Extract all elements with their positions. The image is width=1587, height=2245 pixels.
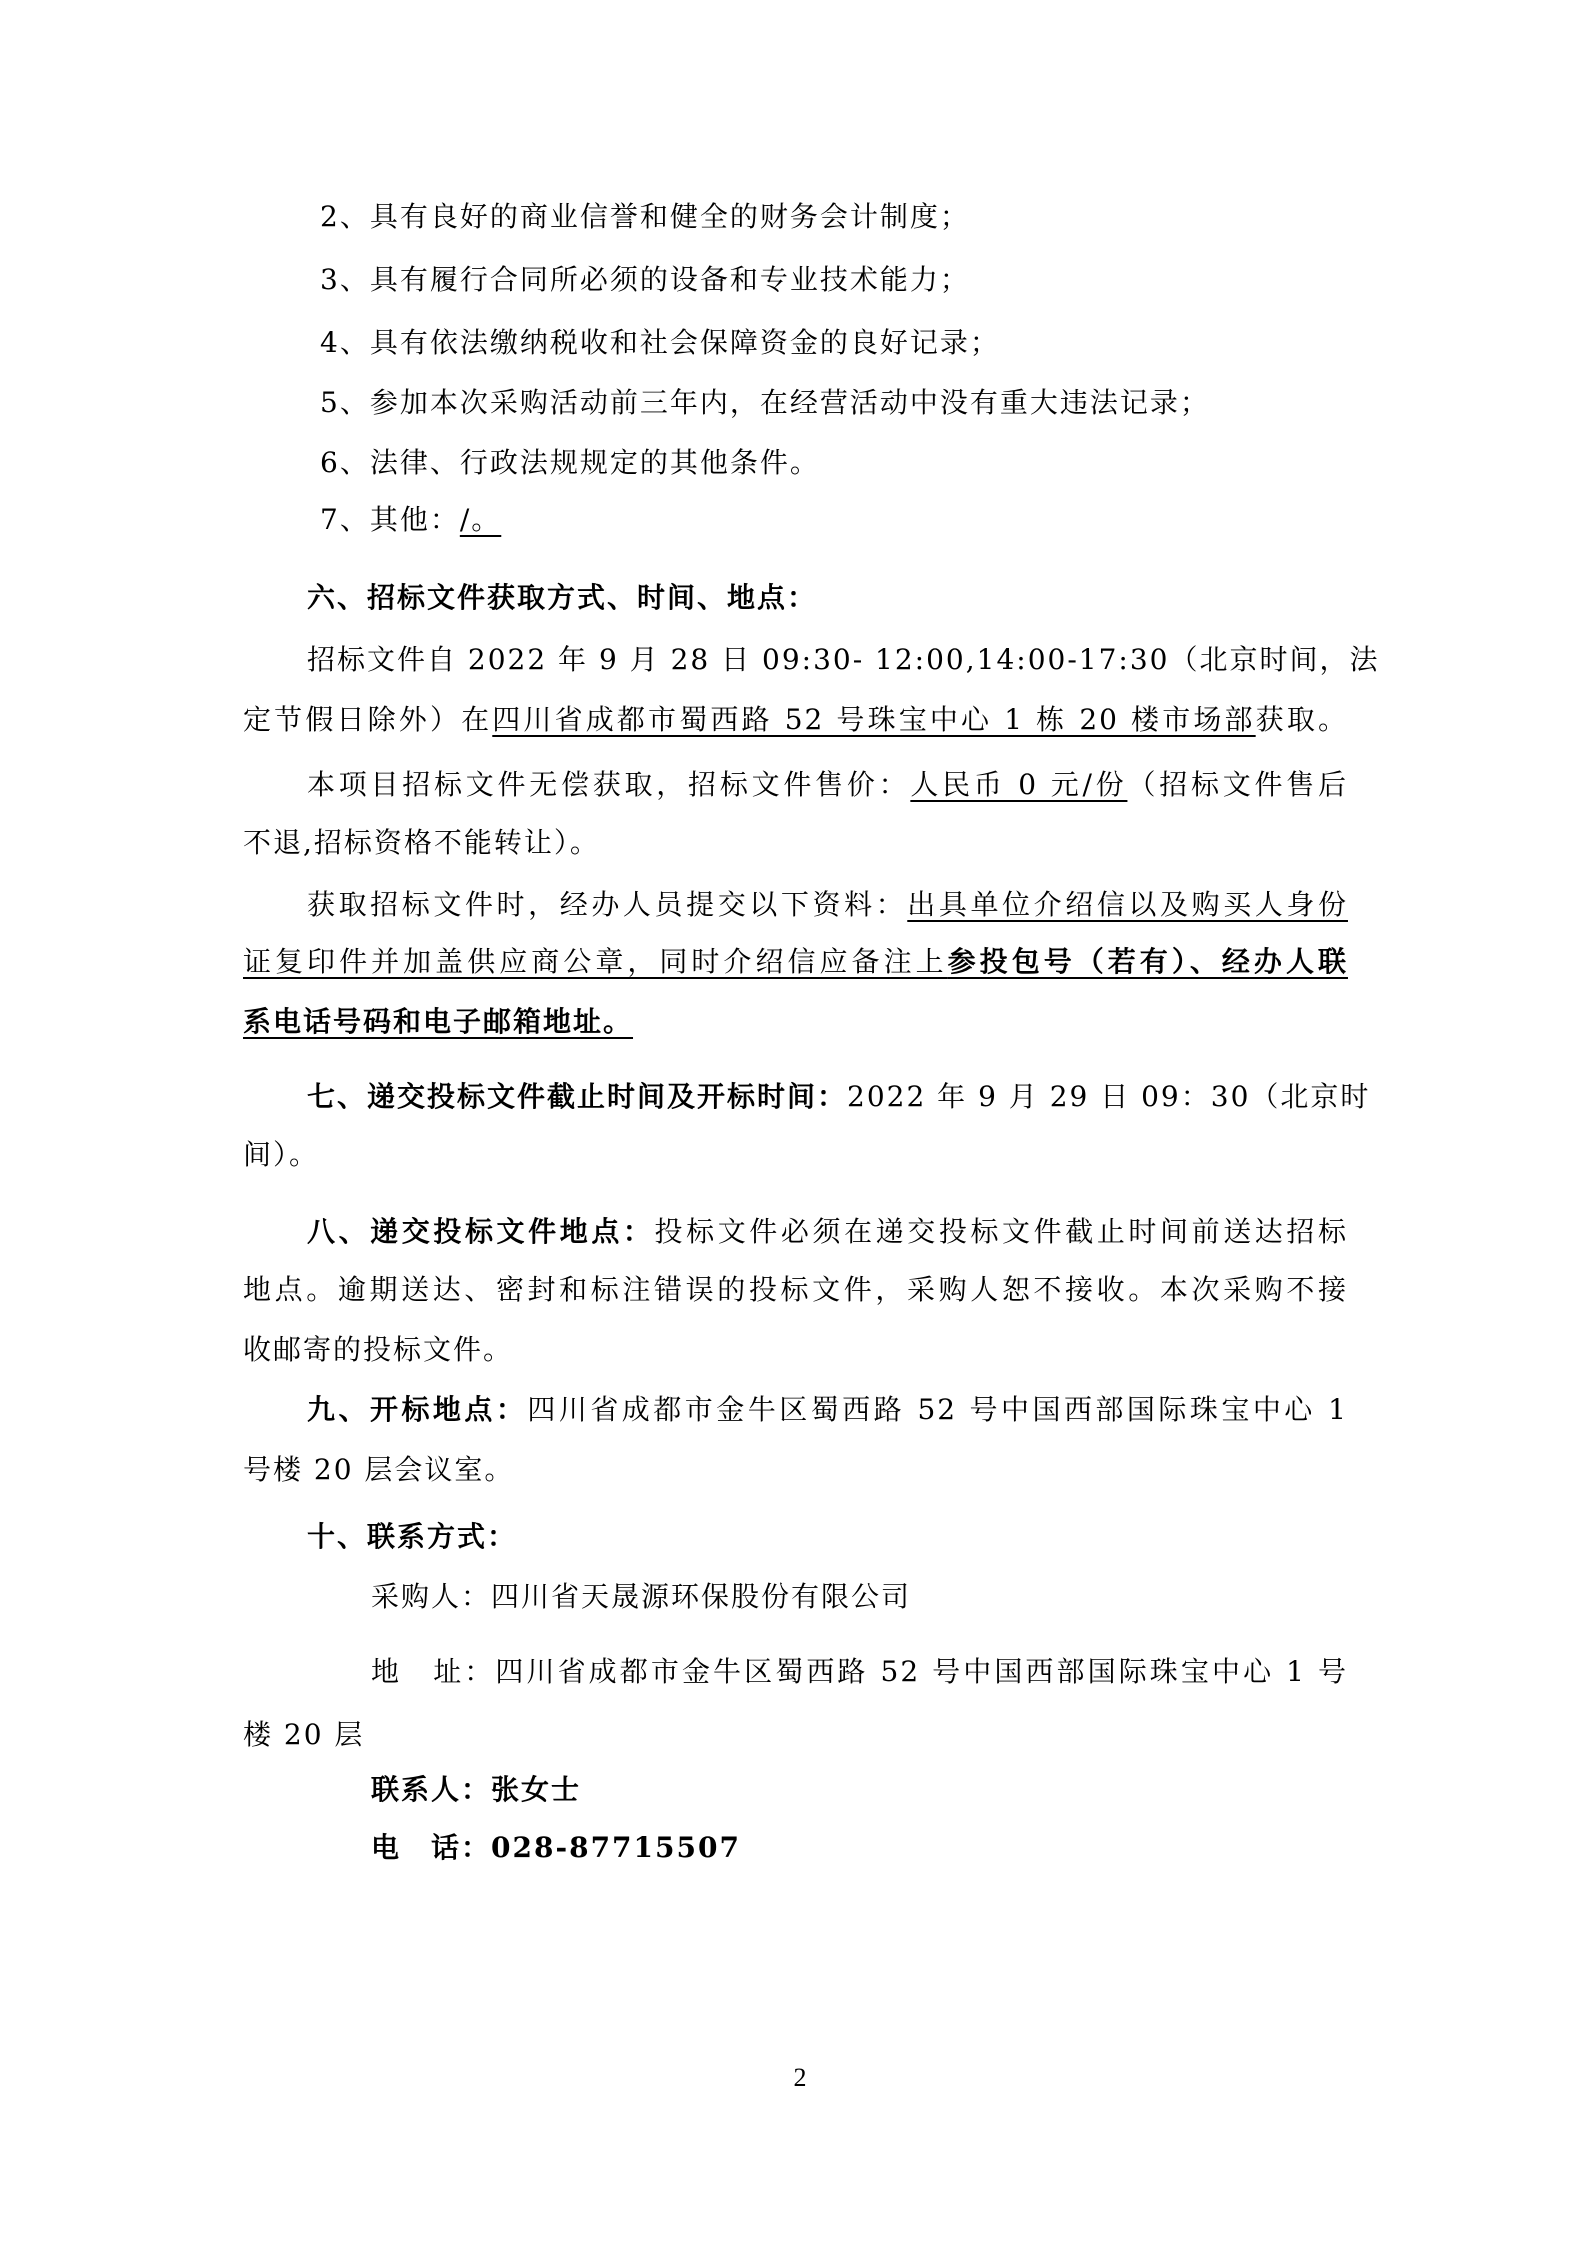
contact-value: 张女士 (491, 1773, 581, 1806)
section-8-line2: 地点。逾期送达、密封和标注错误的投标文件，采购人恕不接收。本次采购不接 (243, 1270, 1348, 1310)
phone-row: 电 话：028-87715507 (243, 1828, 1348, 1868)
qualification-item-7: 7、其他：/。 (243, 500, 1348, 540)
purchaser-label: 采购人： (371, 1580, 491, 1613)
item7-value: /。 (460, 503, 501, 536)
section-6-p1-line1: 招标文件自 2022 年 9 月 28 日 09:30- 12:00,14:00… (243, 640, 1348, 680)
section-9-line2: 号楼 20 层会议室。 (243, 1450, 1348, 1490)
qualification-item-5: 5、参加本次采购活动前三年内，在经营活动中没有重大违法记录； (243, 383, 1348, 423)
address-row-cont: 楼 20 层 (243, 1715, 1348, 1755)
section-8-line1: 八、递交投标文件地点：投标文件必须在递交投标文件截止时间前送达招标 (243, 1212, 1348, 1252)
section-6-p3-line3: 系电话号码和电子邮箱地址。 (243, 1002, 1348, 1042)
purchaser-row: 采购人：四川省天晟源环保股份有限公司 (243, 1577, 1348, 1617)
section-6-p3-line1: 获取招标文件时，经办人员提交以下资料：出具单位介绍信以及购买人身份 (243, 885, 1348, 925)
text: 定节假日除外）在 (243, 703, 492, 736)
section-6-p2-line2: 不退,招标资格不能转让）。 (243, 823, 1348, 863)
address-label: 地 址： (371, 1655, 495, 1688)
qualification-item-3: 3、具有履行合同所必须的设备和专业技术能力； (243, 260, 1348, 300)
section-6-p2-line1: 本项目招标文件无偿获取，招标文件售价：人民币 0 元/份（招标文件售后 (243, 765, 1348, 805)
section-7-heading: 七、递交投标文件截止时间及开标时间： (307, 1080, 847, 1113)
text: （招标文件售后 (1127, 768, 1348, 801)
required-materials: 证复印件并加盖供应商公章，同时介绍信应备注上 (243, 945, 948, 978)
required-materials-bold: 参投包号（若有）、经办人联 (948, 945, 1348, 978)
section-6-p3-line2: 证复印件并加盖供应商公章，同时介绍信应备注上参投包号（若有）、经办人联 (243, 942, 1348, 982)
section-8-line3: 收邮寄的投标文件。 (243, 1330, 1348, 1370)
qualification-item-2: 2、具有良好的商业信誉和健全的财务会计制度； (243, 197, 1348, 237)
text: 获取招标文件时，经办人员提交以下资料： (307, 888, 907, 921)
address-value: 四川省成都市金牛区蜀西路 52 号中国西部国际珠宝中心 1 号 (495, 1655, 1348, 1688)
document-price: 人民币 0 元/份 (910, 768, 1127, 801)
phone-label: 电 话： (371, 1831, 491, 1864)
purchaser-value: 四川省天晟源环保股份有限公司 (491, 1580, 911, 1613)
deadline-value: 2022 年 9 月 29 日 09：30（北京时 (847, 1080, 1370, 1113)
section-6-p1-line2: 定节假日除外）在四川省成都市蜀西路 52 号珠宝中心 1 栋 20 楼市场部获取… (243, 700, 1348, 740)
contact-row: 联系人：张女士 (243, 1770, 1348, 1810)
pickup-location: 四川省成都市蜀西路 52 号珠宝中心 1 栋 20 楼市场部 (492, 703, 1255, 736)
section-6-heading: 六、招标文件获取方式、时间、地点： (243, 578, 1348, 618)
address-row: 地 址：四川省成都市金牛区蜀西路 52 号中国西部国际珠宝中心 1 号 (243, 1652, 1348, 1692)
required-materials: 出具单位介绍信以及购买人身份 (907, 888, 1348, 921)
page-number: 2 (780, 2058, 820, 2098)
text: 获取。 (1256, 703, 1348, 736)
section-10-heading: 十、联系方式： (243, 1517, 1348, 1557)
text: 本项目招标文件无偿获取，招标文件售价： (307, 768, 910, 801)
phone-value: 028-87715507 (491, 1831, 741, 1864)
section-9-heading: 九、开标地点： (307, 1393, 527, 1426)
qualification-item-4: 4、具有依法缴纳税收和社会保障资金的良好记录； (243, 323, 1348, 363)
section-7-line1: 七、递交投标文件截止时间及开标时间：2022 年 9 月 29 日 09：30（… (243, 1077, 1348, 1117)
qualification-item-6: 6、法律、行政法规规定的其他条件。 (243, 443, 1348, 483)
section-8-heading: 八、递交投标文件地点： (307, 1215, 655, 1248)
required-materials-bold: 系电话号码和电子邮箱地址。 (243, 1005, 633, 1038)
item7-label: 7、其他： (320, 503, 460, 536)
contact-label: 联系人： (371, 1773, 491, 1806)
text: 四川省成都市金牛区蜀西路 52 号中国西部国际珠宝中心 1 (527, 1393, 1348, 1426)
section-7-line2: 间）。 (243, 1135, 1348, 1175)
section-9-line1: 九、开标地点：四川省成都市金牛区蜀西路 52 号中国西部国际珠宝中心 1 (243, 1390, 1348, 1430)
text: 投标文件必须在递交投标文件截止时间前送达招标 (655, 1215, 1348, 1248)
